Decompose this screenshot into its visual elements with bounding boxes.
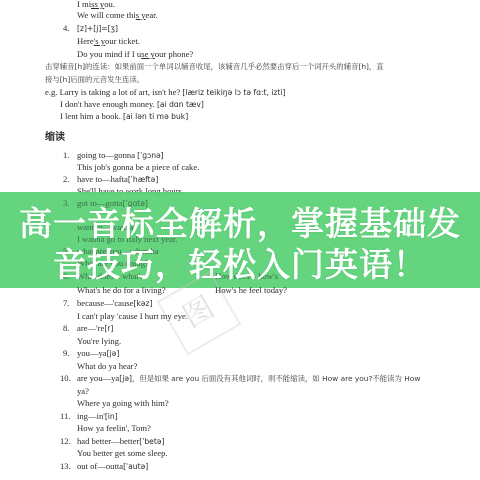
list-item: had better—better[ˈbetə]	[77, 436, 164, 447]
example-line: You better get some sleep.	[77, 448, 168, 459]
list-number: 8.	[63, 323, 69, 334]
section-heading: 缩读	[45, 128, 65, 143]
list-number: 2.	[63, 174, 69, 185]
rule-paragraph-line: 击穿辅音[h]的连读：如果前面一个单词以辅音收尾，该辅音几乎必然要击穿后一个词开…	[45, 61, 384, 72]
list-item-continuation: ya?	[77, 386, 89, 397]
list-number: 10.	[60, 373, 71, 384]
list-number: 13.	[60, 461, 71, 472]
title-banner: 3. got to—gotta[ˈɡɑtə] want to—wanna I w…	[0, 192, 480, 288]
example-line: I can't play 'cause I hurt my eye.	[77, 311, 188, 322]
example-line: I miss you.	[77, 0, 115, 10]
list-item: out of—outta[ˈautə]	[77, 461, 148, 472]
example-line: We will come this year.	[77, 10, 158, 21]
ipa-rule: [z]+[j]=[ʒ]	[77, 23, 118, 34]
example-line: I lent him a book. [ai lən ti mə buk]	[60, 111, 188, 122]
list-item: because—'cause[kəz]	[77, 298, 152, 309]
list-number: 1.	[63, 150, 69, 161]
rule-paragraph-line: 接与[h]后面的元音发生连读。	[45, 74, 144, 85]
banner-title-line-1: 高一音标全解析，掌握基础发	[0, 198, 480, 245]
list-item: are you—ya[jə]，但是如果 are you 后面没有其他词时，则不能…	[77, 373, 420, 384]
example-line: Where ya going with him?	[77, 398, 169, 409]
example-line: You're lying.	[77, 336, 121, 347]
example-line: Do you mind if I use your phone?	[77, 49, 193, 60]
list-number: 9.	[63, 348, 69, 359]
list-number: 11.	[60, 411, 70, 422]
banner-title-line-2: 音技巧，轻松入门英语！	[0, 239, 480, 286]
example-line: This job's gonna be a piece of cake.	[77, 162, 199, 173]
document-page: I miss you. We will come this year. 4. […	[0, 0, 480, 480]
list-item: have to—hafta[ˈhæftə]	[77, 174, 158, 185]
list-number: 12.	[60, 436, 71, 447]
list-item: are—'re[r]	[77, 323, 113, 334]
example-line: How ya feelin', Tom?	[77, 423, 151, 434]
example-line: What's he do for a living?	[77, 285, 166, 296]
list-item: ing—in'[in]	[77, 411, 118, 422]
example-line: Here's your ticket.	[77, 36, 140, 47]
example-line: How's he feel today?	[215, 285, 287, 296]
list-number: 7.	[63, 298, 69, 309]
example-line: e.g. Larry is taking a lot of art, isn't…	[45, 87, 285, 98]
list-item: going to—gonna [ˈɡɔnə]	[77, 150, 164, 161]
list-item: you—ya[jə]	[77, 348, 119, 359]
example-line: What do ya hear?	[77, 361, 137, 372]
example-line: I don't have enough money. [ai dɑn tæv]	[60, 99, 204, 110]
list-number: 4.	[63, 23, 69, 34]
